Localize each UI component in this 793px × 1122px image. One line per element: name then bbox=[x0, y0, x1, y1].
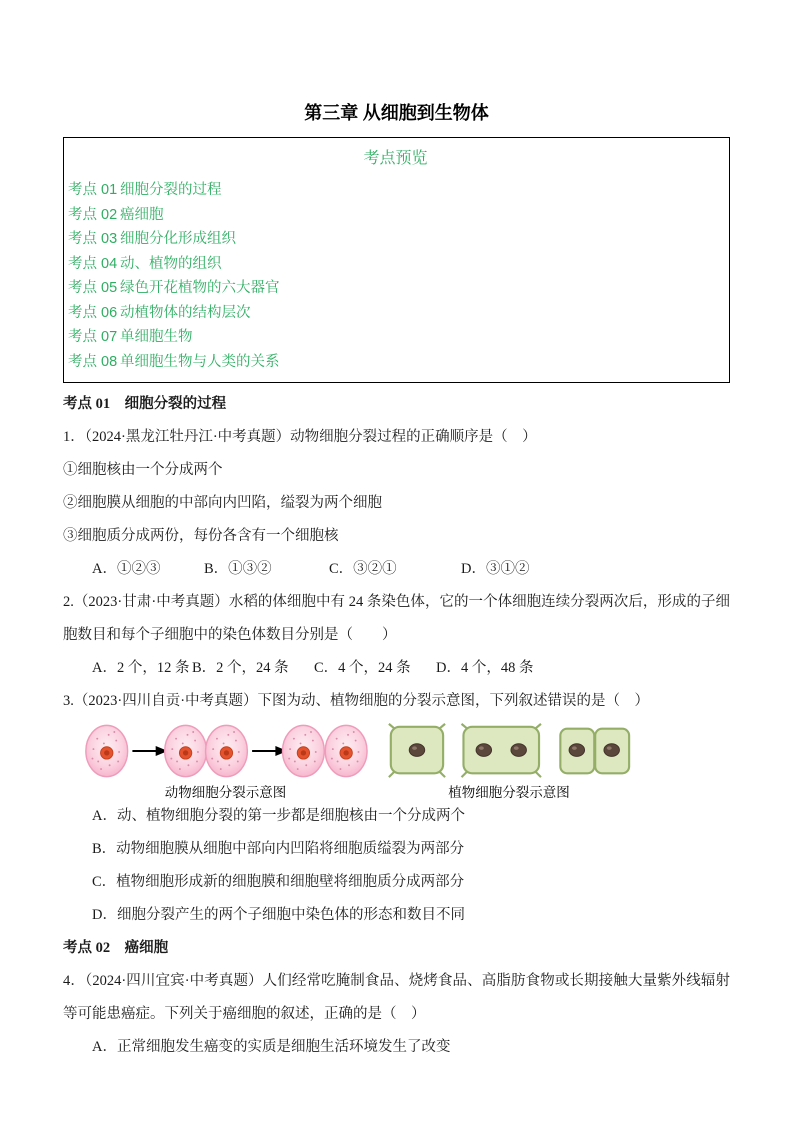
preview-item-label: 癌细胞 bbox=[120, 207, 164, 223]
preview-item-number: 考点 08 bbox=[68, 350, 120, 375]
page-content: 考点预览 考点 01细胞分裂的过程 考点 02癌细胞 考点 03细胞分化形成组织… bbox=[0, 137, 793, 1064]
question-3-option-b: B．动物细胞膜从细胞中部向内凹陷将细胞质缢裂为两部分 bbox=[63, 833, 730, 866]
plant-cell-division-diagram: 植物细胞分裂示意图 bbox=[384, 720, 634, 801]
question-2-option-c: C．4 个，24 条 bbox=[314, 652, 436, 685]
cell-division-figure: 动物细胞分裂示意图 bbox=[63, 720, 730, 800]
preview-item-number: 考点 04 bbox=[68, 252, 120, 277]
question-1-statement-1: ①细胞核由一个分成两个 bbox=[63, 454, 730, 487]
preview-item-label: 绿色开花植物的六大器官 bbox=[120, 280, 280, 296]
animal-cell-stage3-left bbox=[283, 725, 325, 776]
plant-figure-caption: 植物细胞分裂示意图 bbox=[384, 785, 634, 801]
document-page: 第三章 从细胞到生物体 考点预览 考点 01细胞分裂的过程 考点 02癌细胞 考… bbox=[0, 0, 793, 1122]
preview-item-4: 考点 04动、植物的组织 bbox=[68, 252, 723, 277]
preview-item-7: 考点 07单细胞生物 bbox=[68, 325, 723, 350]
animal-cell-division-diagram: 动物细胞分裂示意图 bbox=[83, 720, 368, 801]
preview-item-number: 考点 05 bbox=[68, 276, 120, 301]
question-3-option-a: A．动、植物细胞分裂的第一步都是细胞核由一个分成两个 bbox=[63, 800, 730, 833]
preview-item-5: 考点 05绿色开花植物的六大器官 bbox=[68, 276, 723, 301]
plant-nucleus-stage1 bbox=[409, 744, 425, 757]
animal-cell-stage2-left bbox=[165, 725, 207, 776]
preview-item-3: 考点 03细胞分化形成组织 bbox=[68, 227, 723, 252]
preview-item-1: 考点 01细胞分裂的过程 bbox=[68, 178, 723, 203]
question-3-stem: 3.（2023·四川自贡·中考真题）下图为动、植物细胞的分裂示意图，下列叙述错误… bbox=[63, 685, 730, 718]
question-2-option-a: A．2 个，12 条 bbox=[92, 652, 192, 685]
question-1-option-b: B．①③② bbox=[204, 553, 329, 586]
preview-item-label: 单细胞生物与人类的关系 bbox=[120, 354, 280, 370]
question-1-stem: 1．（2024·黑龙江牡丹江·中考真题）动物细胞分裂过程的正确顺序是（ ） bbox=[63, 421, 730, 454]
question-2-options: A．2 个，12 条B．2 个，24 条C．4 个，24 条D．4 个，48 条 bbox=[63, 652, 730, 685]
question-4-option-a: A．正常细胞发生癌变的实质是细胞生活环境发生了改变 bbox=[63, 1031, 730, 1064]
preview-item-number: 考点 03 bbox=[68, 227, 120, 252]
animal-cell-stage3-right bbox=[325, 725, 367, 776]
question-2-stem: 2.（2023·甘肃·中考真题）水稻的体细胞中有 24 条染色体，它的一个体细胞… bbox=[63, 586, 730, 652]
plant-nucleus-stage3-right bbox=[604, 744, 620, 757]
question-3-option-c: C．植物细胞形成新的细胞膜和细胞壁将细胞质分成两部分 bbox=[63, 866, 730, 899]
plant-nucleus-stage3-left bbox=[569, 744, 585, 757]
question-1-option-c: C．③②① bbox=[329, 553, 461, 586]
arrow-icon bbox=[252, 747, 286, 756]
preview-item-6: 考点 06动植物体的结构层次 bbox=[68, 301, 723, 326]
animal-cell-stage1 bbox=[86, 725, 128, 776]
question-4-stem: 4．（2024·四川宜宾·中考真题）人们经常吃腌制食品、烧烤食品、高脂肪食物或长… bbox=[63, 965, 730, 1031]
animal-cell-stage2-right bbox=[206, 725, 248, 776]
plant-cells-illustration bbox=[384, 720, 634, 782]
preview-item-number: 考点 06 bbox=[68, 301, 120, 326]
question-1-option-d: D．③①② bbox=[461, 553, 529, 586]
question-2-option-d: D．4 个，48 条 bbox=[436, 652, 533, 685]
preview-item-label: 细胞分化形成组织 bbox=[120, 231, 236, 247]
animal-figure-caption: 动物细胞分裂示意图 bbox=[83, 785, 368, 801]
preview-item-label: 细胞分裂的过程 bbox=[120, 182, 222, 198]
question-1-options: A．①②③B．①③②C．③②①D．③①② bbox=[63, 553, 730, 586]
preview-item-label: 单细胞生物 bbox=[120, 329, 193, 345]
question-1-statement-2: ②细胞膜从细胞的中部向内凹陷，缢裂为两个细胞 bbox=[63, 487, 730, 520]
preview-item-label: 动、植物的组织 bbox=[120, 256, 222, 272]
arrow-icon bbox=[132, 747, 166, 756]
question-area: 考点 01 细胞分裂的过程 1．（2024·黑龙江牡丹江·中考真题）动物细胞分裂… bbox=[63, 388, 730, 1064]
exam-points-preview-box: 考点预览 考点 01细胞分裂的过程 考点 02癌细胞 考点 03细胞分化形成组织… bbox=[63, 137, 730, 383]
preview-item-label: 动植物体的结构层次 bbox=[120, 305, 251, 321]
preview-item-number: 考点 01 bbox=[68, 178, 120, 203]
question-3-option-d: D．细胞分裂产生的两个子细胞中染色体的形态和数目不同 bbox=[63, 899, 730, 932]
plant-nucleus-stage2-right bbox=[511, 744, 527, 757]
question-2-option-b: B．2 个，24 条 bbox=[192, 652, 314, 685]
preview-box-title: 考点预览 bbox=[68, 146, 723, 172]
animal-cells-illustration bbox=[83, 720, 368, 782]
preview-item-2: 考点 02癌细胞 bbox=[68, 203, 723, 228]
plant-nucleus-stage2-left bbox=[476, 744, 492, 757]
page-title: 第三章 从细胞到生物体 bbox=[0, 0, 793, 126]
section-heading-kaodian-02: 考点 02 癌细胞 bbox=[63, 932, 730, 965]
preview-item-number: 考点 02 bbox=[68, 203, 120, 228]
preview-item-8: 考点 08单细胞生物与人类的关系 bbox=[68, 350, 723, 375]
question-1-statement-3: ③细胞质分成两份，每份各含有一个细胞核 bbox=[63, 520, 730, 553]
question-1-option-a: A．①②③ bbox=[92, 553, 204, 586]
section-heading-kaodian-01: 考点 01 细胞分裂的过程 bbox=[63, 388, 730, 421]
preview-item-number: 考点 07 bbox=[68, 325, 120, 350]
